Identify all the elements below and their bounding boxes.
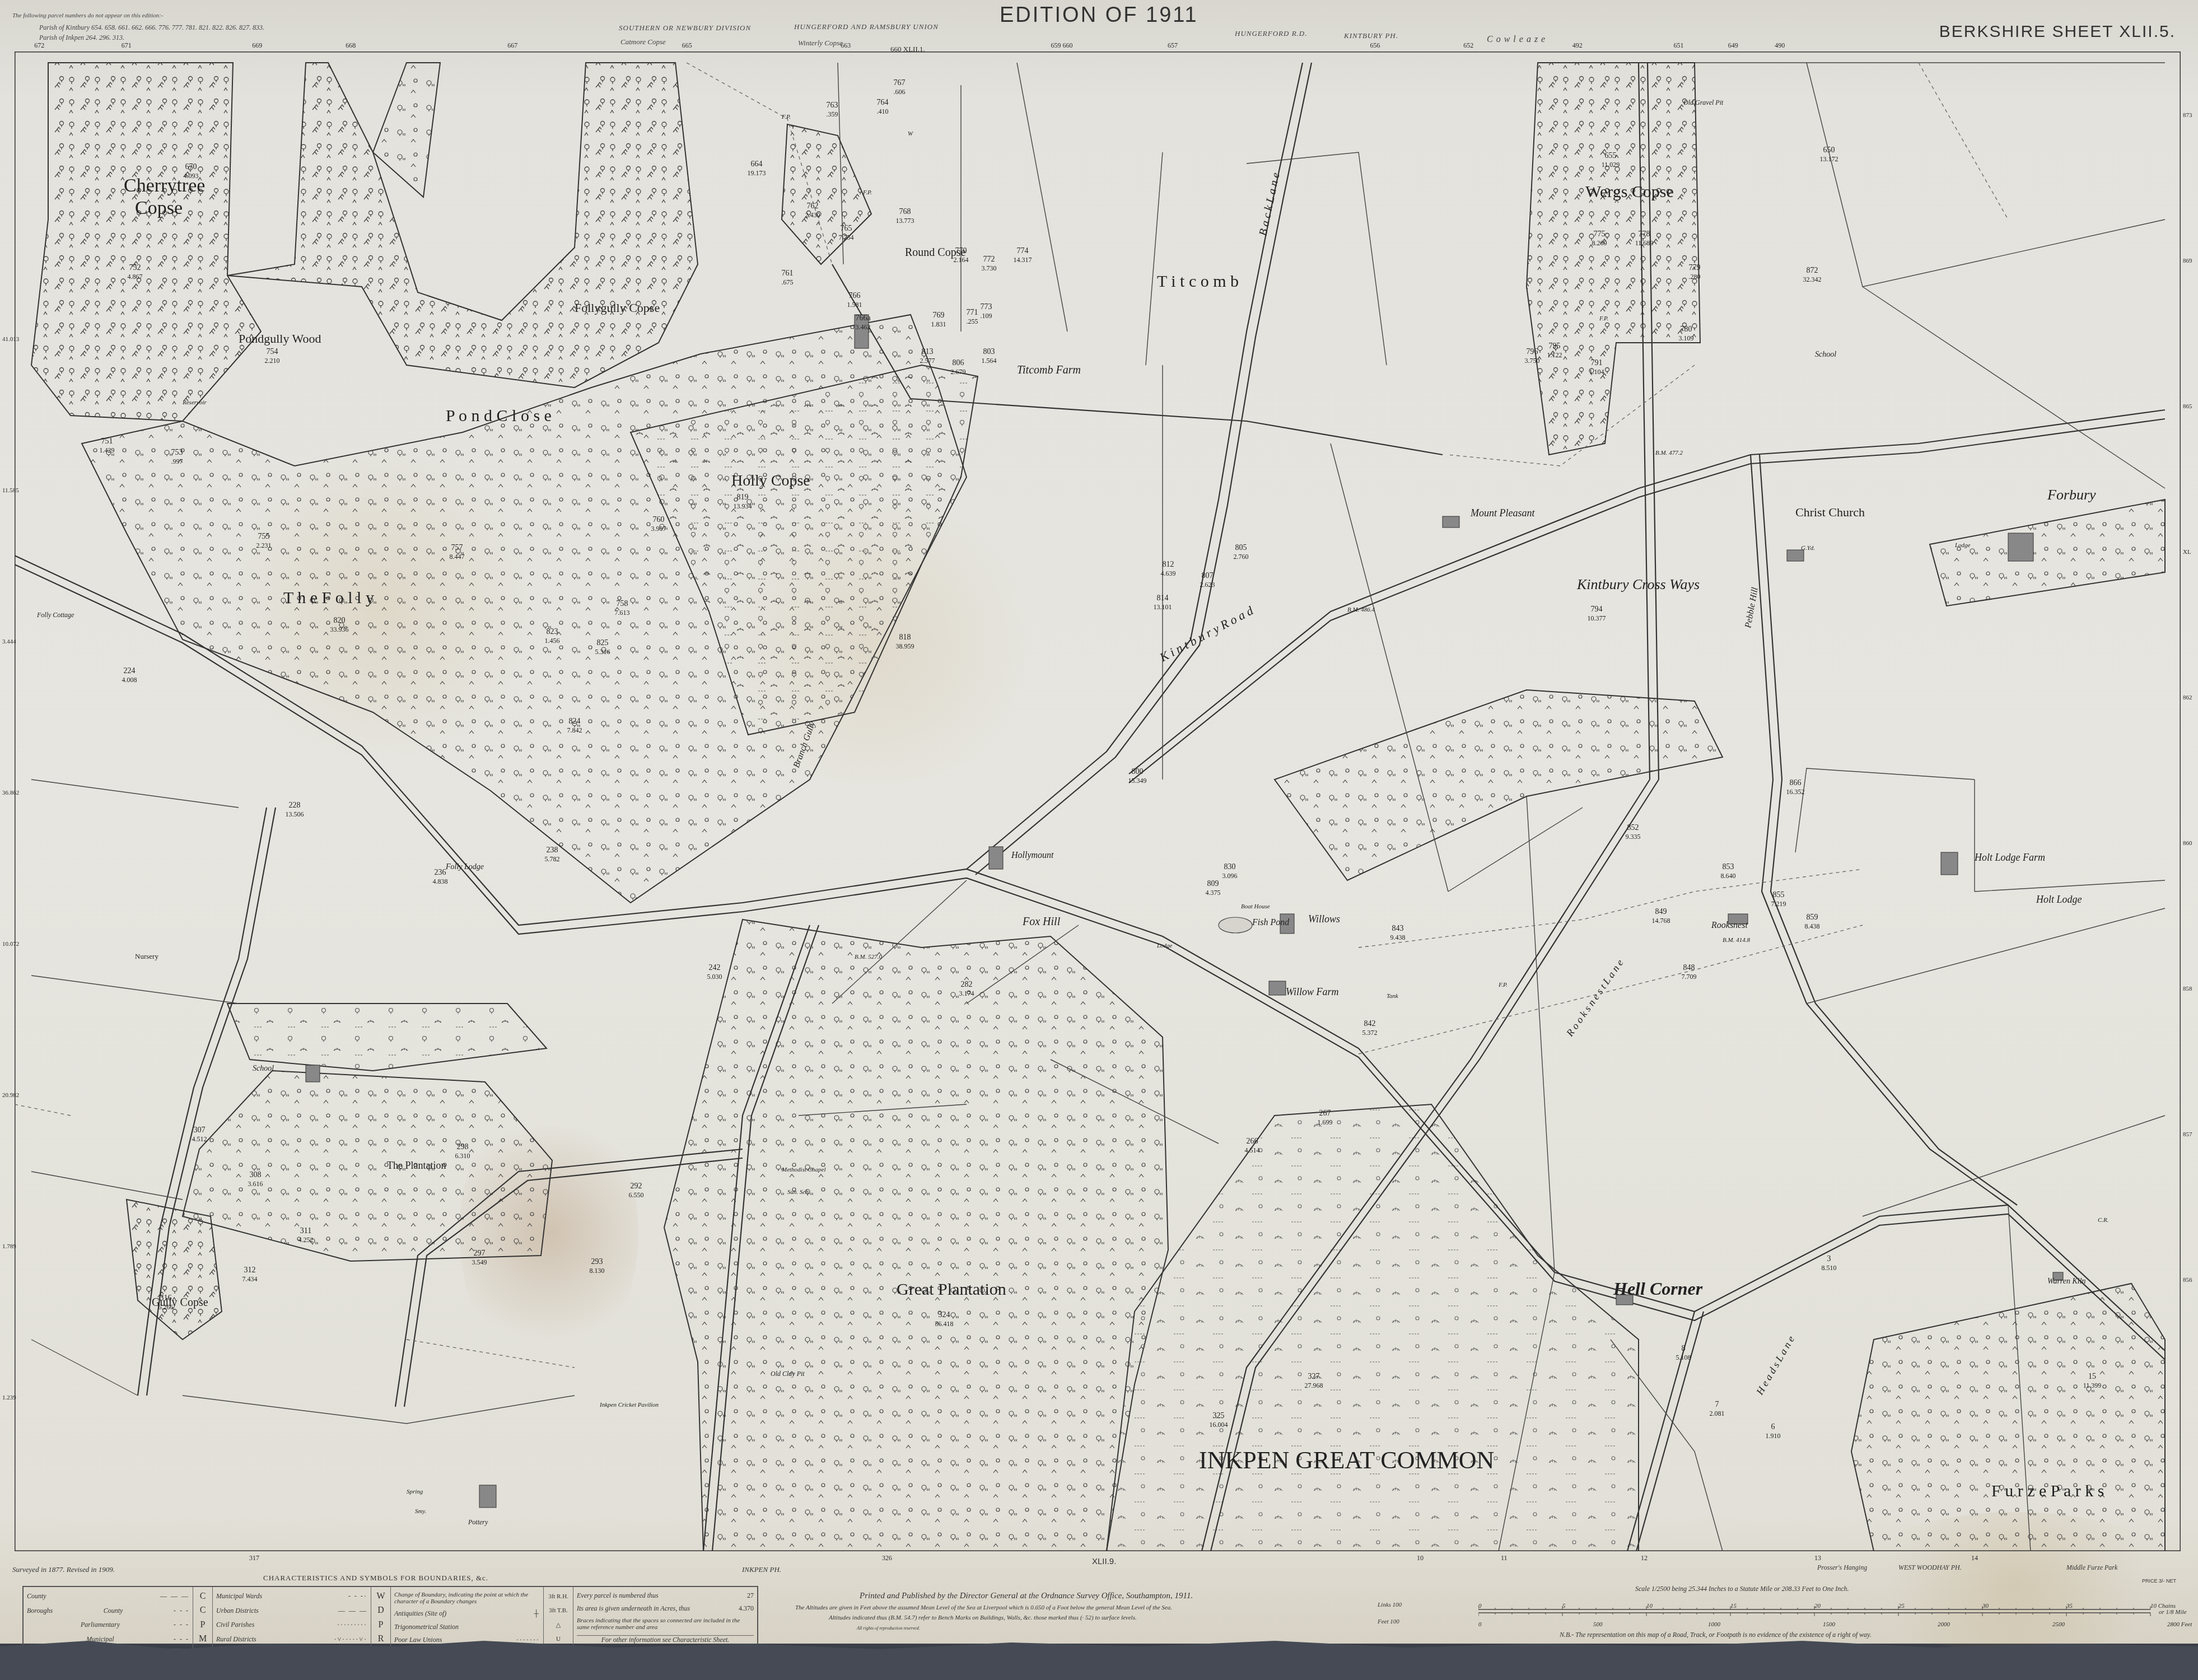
parcel-label: 8439.438: [1390, 925, 1406, 941]
margin-number: 860: [2183, 840, 2192, 847]
map-annotation: F.P.: [1599, 315, 1608, 322]
parcel-area: 1.831: [931, 320, 946, 328]
parcel-area: 27.968: [1305, 1382, 1323, 1389]
legend-parcel-area-note: Its area is given underneath in Acres, t…: [577, 1604, 690, 1613]
margin-number: 672: [34, 41, 44, 50]
parcel-area: 13.506: [286, 810, 304, 818]
parcel-number: 282: [961, 981, 973, 989]
parcel-number: 754: [267, 348, 278, 356]
map-annotation: Lodge: [1156, 942, 1173, 949]
parcel-area: 4.008: [122, 676, 137, 684]
legend-change-boundary: Change of Boundary, indicating the point…: [394, 1592, 540, 1605]
parcel-number: 760: [653, 516, 665, 524]
place-name-great-plantation: Great Plantation: [897, 1280, 1006, 1299]
margin-number: 2500: [2052, 1621, 2065, 1628]
willow-farm-building: [1269, 981, 1286, 995]
parcel-number: 297: [474, 1249, 486, 1258]
great-plantation-wood: [664, 920, 1168, 1551]
map-annotation: Inkpen Cricket Pavilion: [599, 1402, 659, 1408]
parcel-number: 842: [1364, 1020, 1376, 1028]
margin-number: 865: [2183, 403, 2192, 410]
adjoining-sheet-south: XLII.9.: [1092, 1557, 1116, 1566]
parcel-label: 767.606: [894, 79, 906, 96]
parcel-area: 1.429: [100, 446, 115, 454]
parcel-number: 794: [1591, 605, 1603, 614]
parcel-number: 763: [827, 101, 838, 110]
legend-letters-1: C C P M: [193, 1587, 213, 1649]
margin-number: 25: [1898, 1603, 1905, 1609]
parcel-number: 650: [1823, 146, 1835, 155]
parcel-area: .410: [877, 108, 889, 115]
parcel-label: 2364.838: [433, 869, 448, 885]
parcel-area: .255: [967, 318, 978, 325]
dash-symbol: - - -: [174, 1621, 189, 1629]
parcel-area: 2.623: [1200, 581, 1215, 589]
map-area[interactable]: CherrytreeCopsePondgully WoodFollygully …: [15, 52, 2181, 1551]
strip-wood: [373, 63, 440, 197]
parcel-label: 2244.008: [122, 667, 137, 684]
letter: C: [200, 1606, 206, 1616]
parcel-number: 843: [1392, 925, 1404, 933]
parcel-area: 3.616: [248, 1180, 263, 1188]
parcel-label: 22813.506: [286, 801, 304, 818]
parcel-number: 761: [782, 269, 794, 278]
map-annotation: B.M. 527.0: [855, 954, 882, 960]
division-label: SOUTHERN OR NEWBURY DIVISION: [619, 24, 751, 32]
dot-symbol: ·˅·····˅·: [334, 1635, 367, 1644]
margin-number: 856: [2183, 1277, 2192, 1284]
parcel-area: 8.640: [1721, 872, 1736, 880]
school-rough: [227, 1004, 547, 1071]
parcel-number: 307: [194, 1126, 206, 1135]
letter: P: [200, 1620, 206, 1630]
parcel-area: 9.335: [1626, 833, 1641, 841]
parcel-area: 2.760: [1234, 553, 1249, 561]
legend-boroughs: Boroughs: [27, 1607, 53, 1615]
margin-number: 663: [841, 41, 851, 50]
place-name-reservoir: Reservoir: [182, 399, 207, 406]
margin-number: 490: [1775, 41, 1785, 50]
margin-number: XL: [2183, 549, 2191, 556]
parcel-label: 2926.550: [629, 1182, 644, 1199]
place-name-willows: Willows: [1308, 913, 1340, 925]
dash-dot-symbol: - - -·: [348, 1592, 367, 1600]
christ-church-building: [1787, 550, 1804, 561]
parcel-number: 670: [185, 163, 197, 171]
parcel-number: 308: [250, 1171, 262, 1179]
parcel-number: 814: [1157, 594, 1169, 603]
map-annotation: Methodist Chapel: [781, 1166, 826, 1173]
inkpen-parish-label: INKPEN PH.: [742, 1565, 781, 1574]
parcel-area: 11.399: [2083, 1382, 2102, 1389]
place-name-holly-copse: Holly Copse: [731, 472, 810, 489]
parcel-area: 38.959: [896, 642, 914, 650]
parcel-area: 3.096: [1222, 872, 1238, 880]
price-label: PRICE 3/- NET: [2142, 1578, 2176, 1584]
margin-number: 317: [249, 1554, 259, 1562]
middle-furze-park-label: Middle Furze Park: [2066, 1564, 2117, 1572]
parcel-number: 853: [1723, 863, 1734, 871]
cowleaze-label: Cowleaze: [1487, 35, 1548, 45]
parcel-area: 13.934: [734, 502, 752, 510]
place-name-hell-corner: Hell Corner: [1613, 1278, 1703, 1299]
parcel-number: 327: [1308, 1373, 1320, 1381]
parcel-area: 1.910: [1766, 1432, 1781, 1440]
parcel-number: 292: [631, 1182, 642, 1191]
parcel-area: 4.639: [1161, 570, 1176, 577]
parcel-area: 2.210: [265, 357, 280, 365]
parcel-number: 813: [922, 348, 934, 356]
margin-number: 10: [1646, 1603, 1653, 1609]
parcel-number: 830: [1224, 863, 1236, 871]
place-name-school-2: School: [1815, 351, 1836, 359]
inkpen-common-heath: [1107, 1104, 1639, 1551]
parcel-area: 4.375: [1206, 889, 1221, 897]
parcel-area: 56.418: [935, 1320, 954, 1328]
parcel-number: 324: [939, 1311, 950, 1319]
parcel-number: 6: [1771, 1423, 1775, 1431]
place-name-kintbury-cross-ways: Kintbury Cross Ways: [1576, 576, 1700, 592]
parcel-number: 866: [1790, 779, 1802, 787]
parcel-area: .606: [894, 88, 906, 96]
parish-label: KINTBURY PH.: [1344, 31, 1398, 40]
legend-county: County: [27, 1592, 46, 1600]
the-plantation-wood: [183, 1071, 552, 1261]
parcel-number: 664: [751, 160, 763, 169]
parcel-label: 66419.173: [748, 160, 766, 177]
legend-other-info: For other information see Characteristic…: [577, 1635, 754, 1644]
legend-districts-cell: Municipal Wards- - -· Urban Districts— —…: [213, 1587, 371, 1649]
school-building: [306, 1065, 320, 1082]
parcel-number: 15: [2088, 1373, 2096, 1381]
winterly-copse-label: Winterly Copse: [798, 39, 843, 48]
parcel-label: 3127.434: [242, 1266, 258, 1283]
map-annotation: Sun. Sch.: [787, 1189, 810, 1196]
parcel-area: 3.907: [651, 525, 666, 533]
scale-feet-label: Feet 100: [1378, 1618, 1399, 1625]
letter: C: [200, 1592, 206, 1602]
margin-number: 668: [346, 41, 356, 50]
margin-number: 657: [1168, 41, 1178, 50]
margin-number: 1.239: [2, 1394, 16, 1401]
margin-number: 13: [1814, 1554, 1821, 1562]
parcel-label: 764.410: [877, 99, 889, 115]
margin-number: 10.072: [2, 941, 19, 948]
parcel-label: 81838.959: [896, 633, 914, 650]
parcel-label: 65013.172: [1820, 146, 1838, 163]
parcel-number: 768: [899, 208, 911, 216]
parcel-number: 266: [1247, 1137, 1258, 1146]
parcel-area: 15.349: [1128, 777, 1147, 785]
parcel-number: 852: [1627, 824, 1639, 832]
place-name-titcomb-farm: Titcomb Farm: [1017, 364, 1081, 376]
map-annotation: C.R.: [2098, 1217, 2109, 1224]
parcel-number: 770: [955, 247, 967, 255]
margin-number: 14: [1971, 1554, 1978, 1562]
legend-rural-districts: Rural Districts: [216, 1635, 256, 1644]
place-name-holt-lodge-farm: Holt Lodge Farm: [1974, 852, 2045, 863]
dot-symbol: ·········: [337, 1621, 367, 1629]
parcel-number: 848: [1683, 964, 1695, 972]
parcel-area: 3.750: [1525, 357, 1540, 365]
margin-number: 862: [2183, 694, 2192, 701]
scale-bar-graphic: [1478, 1600, 2178, 1623]
parcel-label: 771.255: [967, 309, 978, 325]
parcel-area: 2.430: [805, 211, 820, 219]
map-sheet: EDITION OF 1911 BERKSHIRE SHEET XLII.5. …: [0, 0, 2198, 1644]
place-name-holt-lodge: Holt Lodge: [2036, 894, 2082, 905]
parcel-number: 7: [1715, 1401, 1719, 1409]
parcel-number: 774: [1017, 247, 1029, 255]
parcel-number: 773: [981, 303, 992, 311]
margin-number: 857: [2183, 1131, 2192, 1138]
edition-title: EDITION OF 1911: [1000, 3, 1198, 27]
parcel-area: 9.438: [1390, 934, 1406, 941]
parcel-label: 7542.210: [265, 348, 280, 365]
rights-note: All rights of reproduction reserved.: [857, 1626, 920, 1631]
forbury-wood: [1930, 500, 2165, 606]
parcel-number: 812: [1163, 561, 1174, 569]
margin-number: 1000: [1708, 1621, 1720, 1628]
legend-trig-station: Trigonometrical Station: [394, 1623, 459, 1631]
parcel-number: 796: [1527, 348, 1538, 356]
parcel-number: 224: [124, 667, 136, 675]
parcel-area: 3.462: [856, 323, 871, 331]
parcel-area: 33.936: [330, 626, 349, 633]
margin-number: 492: [1572, 41, 1583, 50]
map-annotation: G.Yd.: [1801, 545, 1815, 552]
margin-number: 873: [2183, 112, 2192, 119]
parcel-number: 236: [435, 869, 446, 877]
margin-number: 35: [2066, 1603, 2073, 1609]
parcel-label: 8487.709: [1682, 964, 1697, 981]
altitudes-note-1: The Altitudes are given in Feet above th…: [795, 1604, 1172, 1611]
altitudes-note-2: Altitudes indicated thus (B.M. 54.7) ref…: [829, 1614, 1137, 1621]
parcel-number: 765: [841, 225, 852, 233]
map-canvas[interactable]: CherrytreeCopsePondgully WoodFollygully …: [15, 52, 2181, 1551]
parcel-label: 7691.831: [931, 311, 946, 328]
margin-number: 0: [1478, 1603, 1482, 1609]
parcel-area: 1.699: [1318, 1118, 1333, 1126]
parcel-label: 8529.335: [1626, 824, 1641, 841]
parcel-label: 87232.342: [1803, 267, 1822, 283]
parcel-area: .280: [1689, 273, 1701, 281]
rural-district-label: HUNGERFORD R.D.: [1235, 29, 1307, 38]
parcel-label: 8094.375: [1206, 880, 1221, 897]
parcel-area: 6.550: [629, 1191, 644, 1199]
parcel-area: 16.352: [1786, 788, 1805, 796]
parcel-area: 4.867: [128, 273, 143, 281]
margin-number: 2800 Feet: [2167, 1621, 2192, 1628]
pottery-building: [479, 1485, 496, 1508]
back-lane: [967, 63, 1303, 869]
dash-symbol: - - -: [174, 1607, 189, 1615]
parcel-area: 1.581: [847, 301, 862, 309]
margin-number: 5: [1562, 1603, 1566, 1609]
woodland-areas: [31, 63, 2165, 1551]
map-annotation: Smy.: [415, 1508, 426, 1515]
printed-by: Printed and Published by the Director Ge…: [860, 1592, 1193, 1601]
parcel-area: 1.456: [545, 637, 560, 645]
missing-parcels-inkpen: Parish of Inkpen 264. 296. 313.: [39, 34, 124, 42]
parcel-number: 806: [953, 359, 964, 367]
legend-municipal-wards: Municipal Wards: [216, 1592, 262, 1600]
parcel-area: .109: [981, 312, 992, 320]
margin-number: 649: [1728, 41, 1738, 50]
place-name-fish-pond: Fish Pond: [1252, 918, 1290, 927]
parcel-number: 823: [547, 628, 558, 636]
missing-parcels-title: The following parcel numbers do not appe…: [12, 12, 163, 19]
legend-title: CHARACTERISTICS AND SYMBOLS FOR BOUNDARI…: [263, 1574, 488, 1583]
parcel-number: 242: [709, 964, 721, 972]
parcel-label: 763.359: [827, 101, 838, 118]
boundary-legend: County— — — BoroughsCounty- - - Parliame…: [22, 1586, 758, 1650]
legend-poor-law: Poor Law Unions: [394, 1636, 442, 1644]
parcel-number: 751: [101, 437, 113, 446]
survey-dates: Surveyed in 1877. Revised in 1909.: [12, 1565, 115, 1574]
parcel-area: 19.173: [748, 169, 766, 177]
place-name-pebble-hill: Pebble Hill: [1743, 586, 1760, 629]
margin-number: 651: [1674, 41, 1684, 50]
parcel-number: 849: [1655, 908, 1667, 916]
parcel-label: 3074.512: [192, 1126, 207, 1143]
parcel-area: 5.108: [1676, 1354, 1691, 1361]
map-annotation: Spring: [407, 1488, 423, 1495]
parcel-area: 8.447: [450, 553, 465, 561]
parcel-area: 4.514: [1245, 1146, 1260, 1154]
legend-boroughs-cell: County— — — BoroughsCounty- - - Parliame…: [24, 1587, 193, 1649]
place-name-back-lane: B a c k L a n e: [1257, 171, 1282, 237]
margin-number: 2000: [1938, 1621, 1950, 1628]
hollymount-house: [989, 847, 1003, 869]
parcel-area: 7.219: [1771, 900, 1786, 908]
parcel-number: 780: [1681, 325, 1692, 334]
parcel-number: 805: [1235, 544, 1247, 552]
place-name-rooksnest-lane: R o o k s n e s t L a n e: [1564, 958, 1625, 1039]
margin-number: 1500: [1823, 1621, 1835, 1628]
parcel-area: 14.768: [1652, 917, 1670, 925]
margin-number: 671: [122, 41, 132, 50]
parcel-number: 778: [1639, 230, 1650, 239]
parcel-area: 1.104: [1589, 368, 1604, 376]
parcel-label: 79410.377: [1588, 605, 1606, 622]
place-name-folly-lodge: Folly Lodge: [445, 863, 484, 871]
letter: U: [556, 1636, 561, 1642]
parcel-area: 8.130: [590, 1267, 605, 1275]
parcel-area: 6.310: [455, 1152, 470, 1160]
place-name-old-gravel-pit-2: Old Gravel Pit: [1683, 99, 1724, 106]
parcel-number: 872: [1807, 267, 1818, 275]
parcel-number: 758: [617, 600, 628, 608]
parcel-area: 2.081: [1710, 1410, 1725, 1417]
parcel-number: 825: [597, 639, 609, 647]
parcel-number: 818: [899, 633, 911, 642]
parcel-number: 803: [983, 348, 995, 356]
parcel-area: 5.030: [707, 973, 722, 981]
margin-number: 869: [2183, 258, 2192, 264]
parcel-label: 7661.581: [847, 292, 862, 309]
scale-links-label: Links 100: [1378, 1602, 1402, 1608]
map-annotation: B.M. 486.4: [1347, 606, 1375, 613]
map-annotation: B.M. 477.2: [1655, 450, 1683, 456]
parcel-number: 655: [1605, 152, 1617, 160]
place-name-hollymount: Hollymount: [1011, 851, 1054, 860]
parcel-number: 766: [849, 292, 861, 300]
parcel-label: 8303.096: [1222, 863, 1238, 880]
legend-civil-parishes: Civil Parishes: [216, 1621, 254, 1629]
place-name-forbury: Forbury: [2047, 487, 2096, 503]
sheet-title: BERKSHIRE SHEET XLII.5.: [1939, 22, 2176, 41]
parcel-number: 3: [1827, 1255, 1831, 1263]
cross-symbol: ┼: [534, 1609, 540, 1618]
margin-number: 665: [682, 41, 692, 50]
dash-symbol: — — —: [338, 1607, 367, 1615]
letter: 3ft R.H.: [548, 1593, 568, 1600]
letter: W: [376, 1592, 385, 1602]
furze-parks-wood: [1851, 1284, 2165, 1551]
parcel-label: 72.081: [1710, 1401, 1725, 1417]
parcel-area: 14.317: [1014, 256, 1032, 264]
dash-symbol: - - -: [174, 1635, 189, 1644]
parcel-area: .997: [171, 458, 183, 465]
parcel-area: 16.004: [1210, 1421, 1228, 1429]
parcel-number: 819: [737, 493, 749, 502]
legend-letters-3: 3ft R.H. 3ft T.B. △ U: [544, 1587, 573, 1649]
margin-number: 11: [1501, 1554, 1508, 1562]
parcel-label: 8598.438: [1805, 913, 1820, 930]
parcel-label: 773.109: [981, 303, 992, 320]
legend-changes-cell: Change of Boundary, indicating the point…: [391, 1587, 544, 1649]
parcel-label: 2425.030: [707, 964, 722, 981]
parcel-number: 8: [1682, 1345, 1686, 1353]
margin-number: 0: [1478, 1621, 1482, 1628]
parcel-number: 779: [1689, 264, 1701, 272]
parcel-area: 2.231: [256, 542, 272, 549]
missing-parcels-kintbury: Parish of Kintbury 654. 658. 661. 662. 6…: [39, 24, 264, 32]
parcel-number: 293: [591, 1258, 603, 1266]
parcel-number: 791: [1591, 359, 1603, 367]
place-name-folly-cottage: Folly Cottage: [36, 611, 74, 619]
letter: M: [199, 1634, 207, 1644]
right-of-way-note: N.B.- The representation on this map of …: [1560, 1631, 1872, 1639]
legend-boroughs-county: County: [104, 1607, 123, 1615]
scale-title: Scale 1/2500 being 25.344 Inches to a St…: [1635, 1585, 1849, 1593]
parcel-number: 298: [457, 1143, 469, 1151]
parcel-area: 4.838: [433, 878, 448, 885]
parcel-number: 820: [334, 617, 346, 625]
margin-number: 667: [507, 41, 517, 50]
place-name-pond-close: P o n d C l o s e: [446, 407, 552, 425]
parcel-area: 7.434: [242, 1275, 258, 1283]
parcel-label: 86616.352: [1786, 779, 1805, 796]
parcel-area: 8.438: [1805, 922, 1820, 930]
west-woodhay-label: WEST WOODHAY PH.: [1898, 1564, 1962, 1572]
parcel-number: 312: [244, 1266, 256, 1275]
place-name-pottery: Pottery: [468, 1518, 488, 1526]
map-annotation: W: [908, 130, 913, 137]
place-name-willow-farm: Willow Farm: [1286, 986, 1339, 997]
parcel-number: 859: [1807, 913, 1818, 922]
parcel-area: .359: [827, 110, 838, 118]
margin-number: 30: [1982, 1603, 1989, 1609]
parcel-area: 3.730: [982, 264, 997, 272]
place-name-christ-church: Christ Church: [1795, 505, 1865, 519]
scale-chain-end: or 1/8 Mile: [2159, 1609, 2187, 1616]
parcel-label: 8538.640: [1721, 863, 1736, 880]
wergs-copse-wood: [1527, 63, 1700, 455]
place-name-the-folly: T h e F o l l y: [283, 589, 374, 607]
place-name-heads-lane: H e a d s L a n e: [1754, 1334, 1797, 1397]
